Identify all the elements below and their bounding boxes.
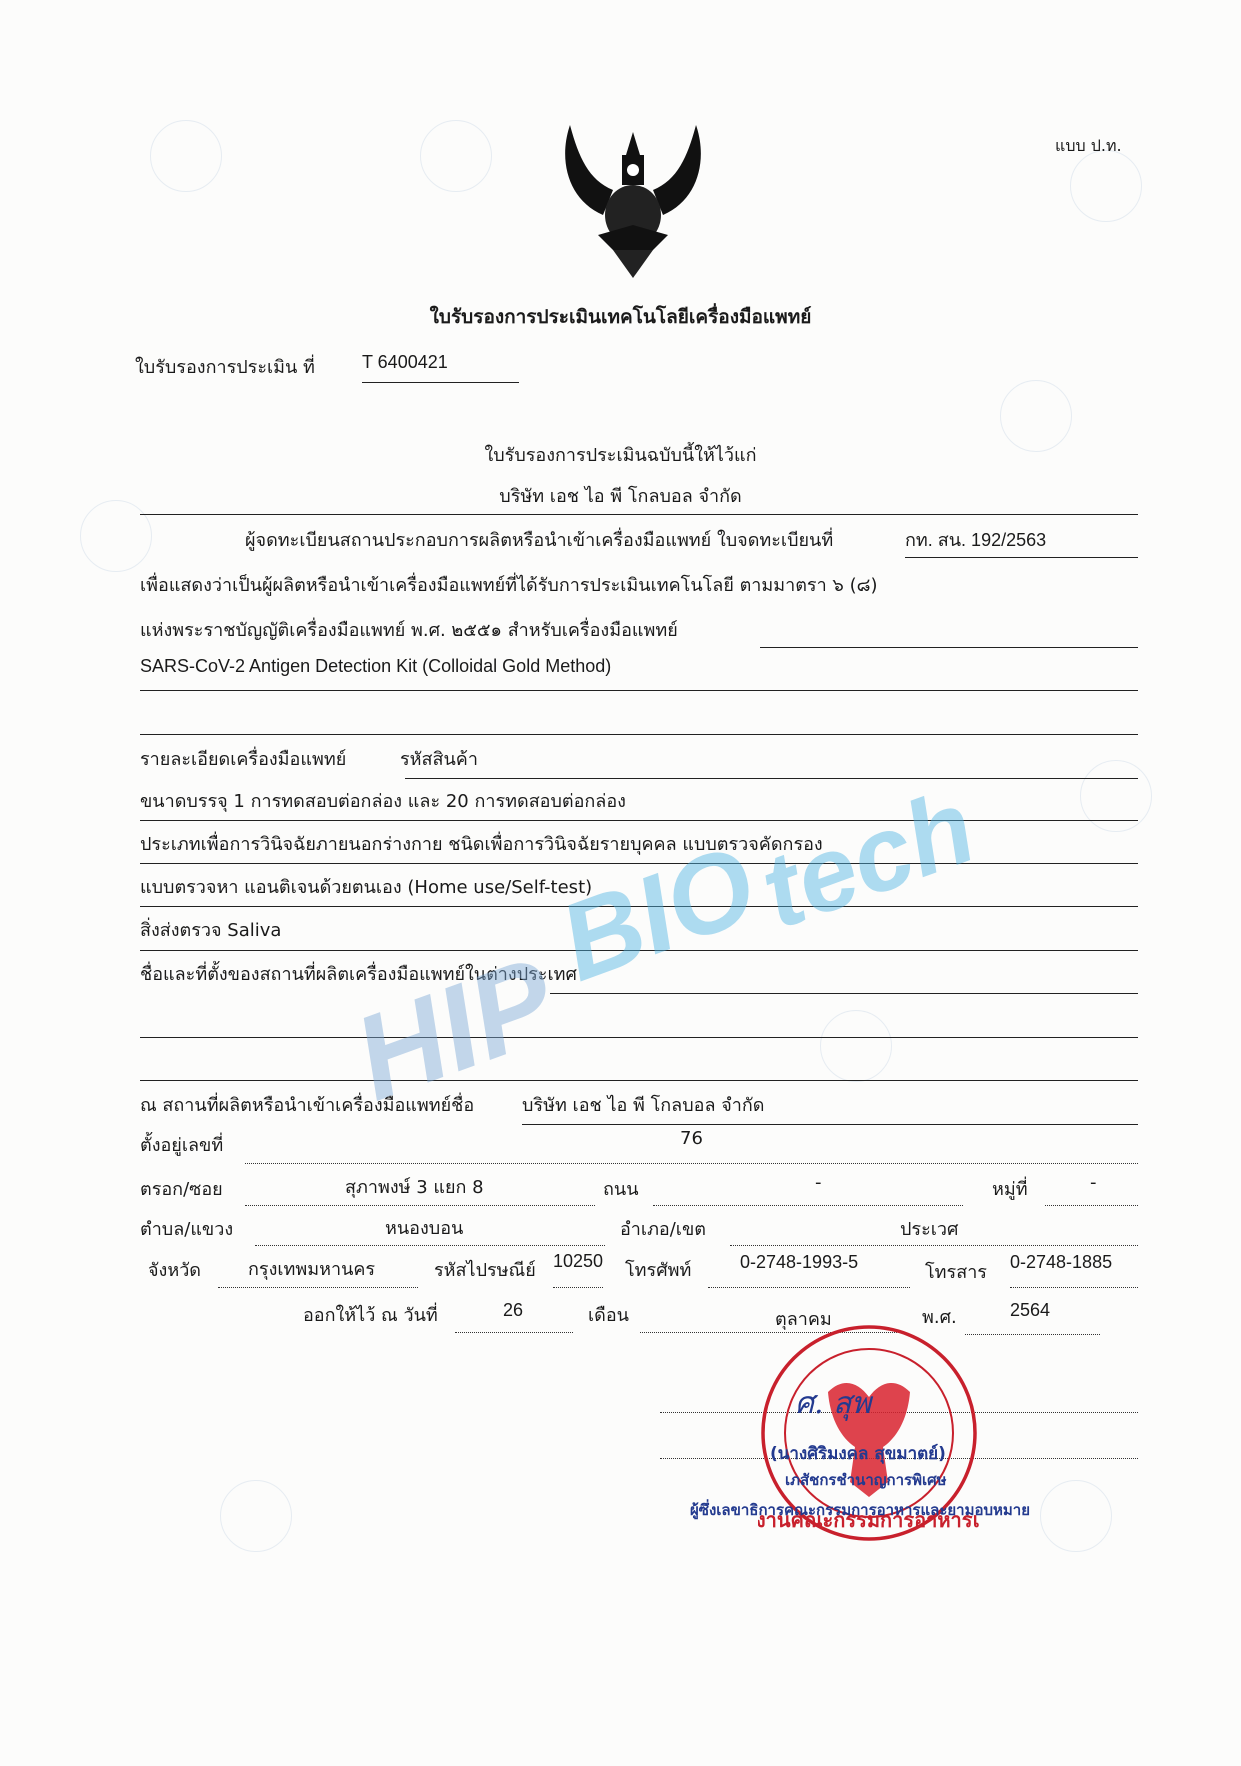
district-label: อำเภอ/เขต <box>620 1214 706 1243</box>
phone-value: 0-2748-1993-5 <box>740 1252 858 1273</box>
fax-value: 0-2748-1885 <box>1010 1252 1112 1273</box>
document-title: ใบรับรองการประเมินเทคโนโลยีเครื่องมือแพท… <box>0 302 1241 332</box>
road-value: - <box>815 1172 822 1193</box>
form-code: แบบ ป.ท. <box>1055 134 1122 159</box>
signer-role: ผู้ซึ่งเลขาธิการคณะกรรมการอาหารและยามอบห… <box>690 1498 1030 1522</box>
issue-year: 2564 <box>1010 1300 1050 1321</box>
province-label: จังหวัด <box>148 1255 201 1284</box>
garuda-emblem-icon <box>558 120 708 280</box>
site-label: ณ สถานที่ผลิตหรือนำเข้าเครื่องมือแพทย์ชื… <box>140 1090 474 1119</box>
postal-value: 10250 <box>553 1251 603 1272</box>
certificate-number-value: T 6400421 <box>362 352 448 373</box>
issue-month-label: เดือน <box>588 1300 629 1329</box>
address-no-label: ตั้งอยู่เลขที่ <box>140 1130 223 1159</box>
road-label: ถนน <box>603 1174 639 1203</box>
product-code-label: รหัสสินค้า <box>400 744 478 773</box>
fax-label: โทรสาร <box>925 1257 987 1286</box>
subdistrict-value: หนองบอน <box>385 1213 463 1242</box>
moo-label: หมู่ที่ <box>992 1174 1028 1203</box>
device-name: SARS-CoV-2 Antigen Detection Kit (Colloi… <box>140 656 611 677</box>
details-label: รายละเอียดเครื่องมือแพทย์ <box>140 744 346 773</box>
certificate-number-label: ใบรับรองการประเมิน ที่ <box>135 352 315 381</box>
postal-label: รหัสไปรษณีย์ <box>434 1255 536 1284</box>
soi-value: สุภาพงษ์ 3 แยก 8 <box>345 1172 484 1201</box>
detail-line-packaging: ขนาดบรรจุ 1 การทดสอบต่อกล่อง และ 20 การท… <box>140 786 626 815</box>
country-label: ประเวศ <box>900 1214 958 1243</box>
issued-to-label: ใบรับรองการประเมินฉบับนี้ให้ไว้แก่ <box>0 440 1241 469</box>
issue-date-label: ออกให้ไว้ ณ วันที่ <box>303 1300 438 1329</box>
moo-value: - <box>1090 1172 1097 1193</box>
detail-line-test: แบบตรวจหา แอนติเจนด้วยตนเอง (Home use/Se… <box>140 872 592 901</box>
registration-label: ผู้จดทะเบียนสถานประกอบการผลิตหรือนำเข้าเ… <box>245 525 833 554</box>
detail-line-specimen: สิ่งส่งตรวจ Saliva <box>140 915 281 944</box>
signer-name: (นางศิริมงคล สุขมาตย์) <box>770 1440 946 1467</box>
registration-value: กท. สน. 192/2563 <box>905 525 1046 554</box>
signature-initials: ศ. สุพ <box>795 1380 871 1427</box>
address-no-value: 76 <box>680 1128 703 1149</box>
province-value: กรุงเทพมหานคร <box>248 1254 375 1283</box>
site-name: บริษัท เอช ไอ พี โกลบอล จำกัด <box>522 1090 764 1119</box>
soi-label: ตรอก/ซอย <box>140 1174 223 1203</box>
statement-line-2: แห่งพระราชบัญญัติเครื่องมือแพทย์ พ.ศ. ๒๕… <box>140 615 678 644</box>
issued-to-company: บริษัท เอช ไอ พี โกลบอล จำกัด <box>0 481 1241 510</box>
subdistrict-label: ตำบล/แขวง <box>140 1214 233 1243</box>
signer-position: เภสัชกรชำนาญการพิเศษ <box>785 1468 947 1492</box>
phone-label: โทรศัพท์ <box>625 1255 691 1284</box>
issue-day: 26 <box>503 1300 523 1321</box>
statement-line-1: เพื่อแสดงว่าเป็นผู้ผลิตหรือนำเข้าเครื่อง… <box>140 570 878 599</box>
